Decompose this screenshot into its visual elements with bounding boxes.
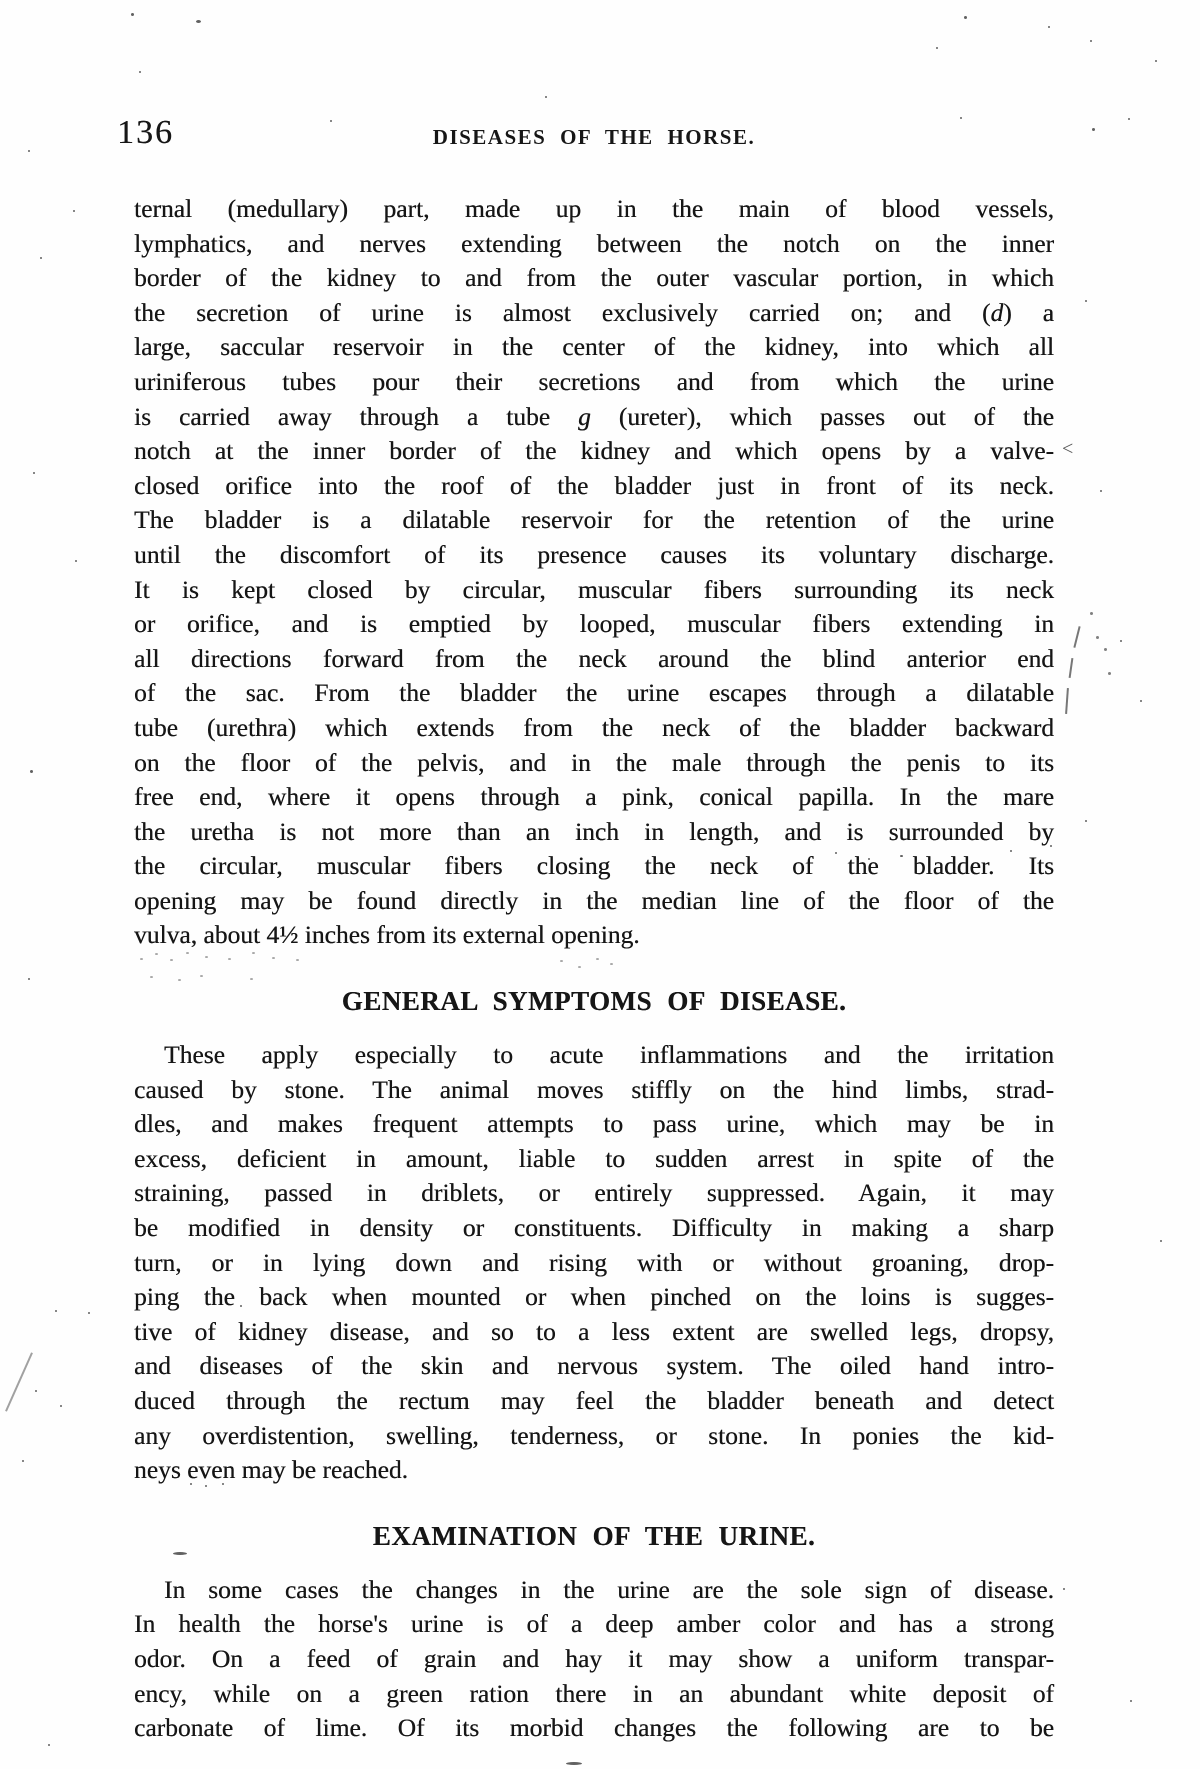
text-line: turn, or in lying down and rising with o… (134, 1246, 1054, 1281)
text-line: carbonate of lime. Of its morbid changes… (134, 1711, 1054, 1746)
scan-speck (60, 1405, 62, 1407)
text-line: the circular, muscular fibers closing th… (134, 849, 1054, 884)
scan-speck (835, 852, 837, 854)
section-heading: EXAMINATION OF THE URINE. (134, 1521, 1054, 1551)
running-head: DISEASES OF THE HORSE. (134, 124, 1054, 150)
scan-speck (35, 1390, 37, 1392)
scan-smudge (205, 956, 208, 958)
text-line: excess, deficient in amount, liable to s… (134, 1142, 1054, 1177)
paragraph: In some cases the changes in the urine a… (134, 1573, 1054, 1746)
text-line: any overdistention, swelling, tenderness… (134, 1419, 1054, 1454)
scan-smudge (596, 958, 599, 960)
scan-speck (30, 770, 33, 773)
scan-speck (1048, 26, 1050, 28)
scan-speck (33, 472, 35, 474)
book-page-scan: 136 DISEASES OF THE HORSE. ternal (medul… (0, 0, 1200, 1769)
text-line: closed orifice into the roof of the blad… (134, 469, 1054, 504)
scan-speck (1063, 1588, 1065, 1590)
scan-smudge (178, 979, 181, 981)
scan-speck (936, 47, 938, 49)
scan-speck (88, 1312, 90, 1314)
scan-smudge (186, 952, 189, 954)
text-line: neys even may be reached. (134, 1453, 1054, 1488)
scan-smudge (272, 957, 275, 959)
scan-smudge (170, 959, 173, 961)
scan-speck (545, 96, 547, 98)
scan-speck (1010, 850, 1012, 852)
margin-pencil-dot (1090, 612, 1093, 615)
text-line: be modified in density or constituents. … (134, 1211, 1054, 1246)
scan-speck (1160, 1240, 1162, 1242)
text-line: and diseases of the skin and nervous sys… (134, 1349, 1054, 1384)
scan-smudge (610, 963, 613, 965)
text-line: free end, where it opens through a pink,… (134, 780, 1054, 815)
scan-speck (1128, 118, 1130, 120)
text-line: ping the back when mounted or when pinch… (134, 1280, 1054, 1315)
text-line: In health the horse's urine is of a deep… (134, 1607, 1054, 1642)
text-line: The bladder is a dilatable reservoir for… (134, 503, 1054, 538)
text-line: notch at the inner border of the kidney … (134, 434, 1054, 469)
scan-speck (190, 1483, 192, 1485)
scan-speck (1140, 700, 1142, 702)
scan-speck (300, 1330, 302, 1332)
text-line: until the discomfort of its presence cau… (134, 538, 1054, 573)
margin-pencil-dot (1104, 648, 1107, 651)
scan-speck (1120, 640, 1122, 642)
text-line: uriniferous tubes pour their secretions … (134, 365, 1054, 400)
text-line: is carried away through a tube g (ureter… (134, 400, 1054, 435)
text-line: In some cases the changes in the urine a… (134, 1573, 1054, 1608)
scan-speck (222, 1483, 224, 1485)
margin-pencil-stroke (1065, 688, 1069, 714)
text-line: large, saccular reservoir in the center … (134, 330, 1054, 365)
scan-speck (1050, 845, 1052, 847)
scan-speck (964, 16, 967, 19)
scan-speck (1155, 60, 1157, 62)
scan-speck (1085, 820, 1087, 822)
text-line: border of the kidney to and from the out… (134, 261, 1054, 296)
paragraph: These apply especially to acute inflamma… (134, 1038, 1054, 1488)
scan-smudge (228, 958, 231, 960)
scan-speck (75, 560, 77, 562)
scan-speck (73, 210, 75, 212)
scan-speck (22, 1460, 24, 1462)
text-line: straining, passed in driblets, or entire… (134, 1176, 1054, 1211)
section-heading: GENERAL SYMPTOMS OF DISEASE. (134, 986, 1054, 1016)
scan-smudge (578, 966, 581, 968)
scan-smudge (560, 960, 563, 962)
scan-speck (1090, 40, 1092, 42)
text-line: dles, and makes frequent attempts to pas… (134, 1107, 1054, 1142)
text-line: tive of kidney disease, and so to a less… (134, 1315, 1054, 1350)
scan-speck (139, 71, 141, 73)
margin-pencil-dot (1096, 636, 1099, 639)
text-line: the secretion of urine is almost exclusi… (134, 296, 1054, 331)
scan-speck (1130, 1700, 1132, 1702)
text-line: or orifice, and is emptied by looped, mu… (134, 607, 1054, 642)
scan-smudge (140, 958, 143, 960)
paragraph: ternal (medullary) part, made up in the … (134, 192, 1054, 953)
scan-speck (196, 20, 201, 23)
text-line: vulva, about 4½ inches from its external… (134, 918, 1054, 953)
text-line: the uretha is not more than an inch in l… (134, 815, 1054, 850)
margin-pencil-dot (1108, 672, 1111, 675)
text-line: tube (urethra) which extends from the ne… (134, 711, 1054, 746)
scan-speck (173, 1552, 187, 1555)
text-line: duced through the rectum may feel the bl… (134, 1384, 1054, 1419)
text-line: ternal (medullary) part, made up in the … (134, 192, 1054, 227)
margin-check-mark: < (1062, 438, 1073, 461)
scan-speck (1092, 128, 1095, 131)
scan-smudge (200, 975, 203, 977)
scan-speck (330, 120, 332, 122)
scan-speck (131, 13, 134, 16)
text-line: of the sac. From the bladder the urine e… (134, 676, 1054, 711)
margin-pencil-slash (5, 1352, 33, 1411)
scan-speck (28, 150, 30, 152)
text-line: lymphatics, and nerves extending between… (134, 227, 1054, 262)
scan-speck (28, 978, 30, 980)
scan-speck (55, 1310, 57, 1312)
scan-speck (900, 855, 903, 857)
scan-speck (240, 1305, 242, 1307)
margin-pencil-stroke (1069, 658, 1074, 678)
scan-speck (48, 1744, 50, 1746)
scan-smudge (155, 953, 158, 955)
scan-smudge (252, 952, 255, 954)
text-line: These apply especially to acute inflamma… (134, 1038, 1054, 1073)
scan-speck (566, 1762, 582, 1765)
margin-pencil-stroke (1073, 626, 1080, 648)
scan-speck (1100, 490, 1102, 492)
scan-speck (960, 117, 962, 119)
scan-smudge (150, 976, 153, 978)
scan-smudge (296, 959, 299, 961)
text-line: on the floor of the pelvis, and in the m… (134, 746, 1054, 781)
scan-speck (205, 1485, 207, 1487)
text-line: caused by stone. The animal moves stiffl… (134, 1073, 1054, 1108)
scan-speck (868, 858, 870, 860)
scan-speck (1085, 300, 1087, 302)
text-column: ternal (medullary) part, made up in the … (134, 192, 1054, 1746)
scan-smudge (250, 978, 253, 980)
text-line: ency, while on a green ration there in a… (134, 1677, 1054, 1712)
scan-speck (40, 257, 42, 259)
text-line: odor. On a feed of grain and hay it may … (134, 1642, 1054, 1677)
text-line: opening may be found directly in the med… (134, 884, 1054, 919)
text-line: all directions forward from the neck aro… (134, 642, 1054, 677)
text-line: It is kept closed by circular, muscular … (134, 573, 1054, 608)
